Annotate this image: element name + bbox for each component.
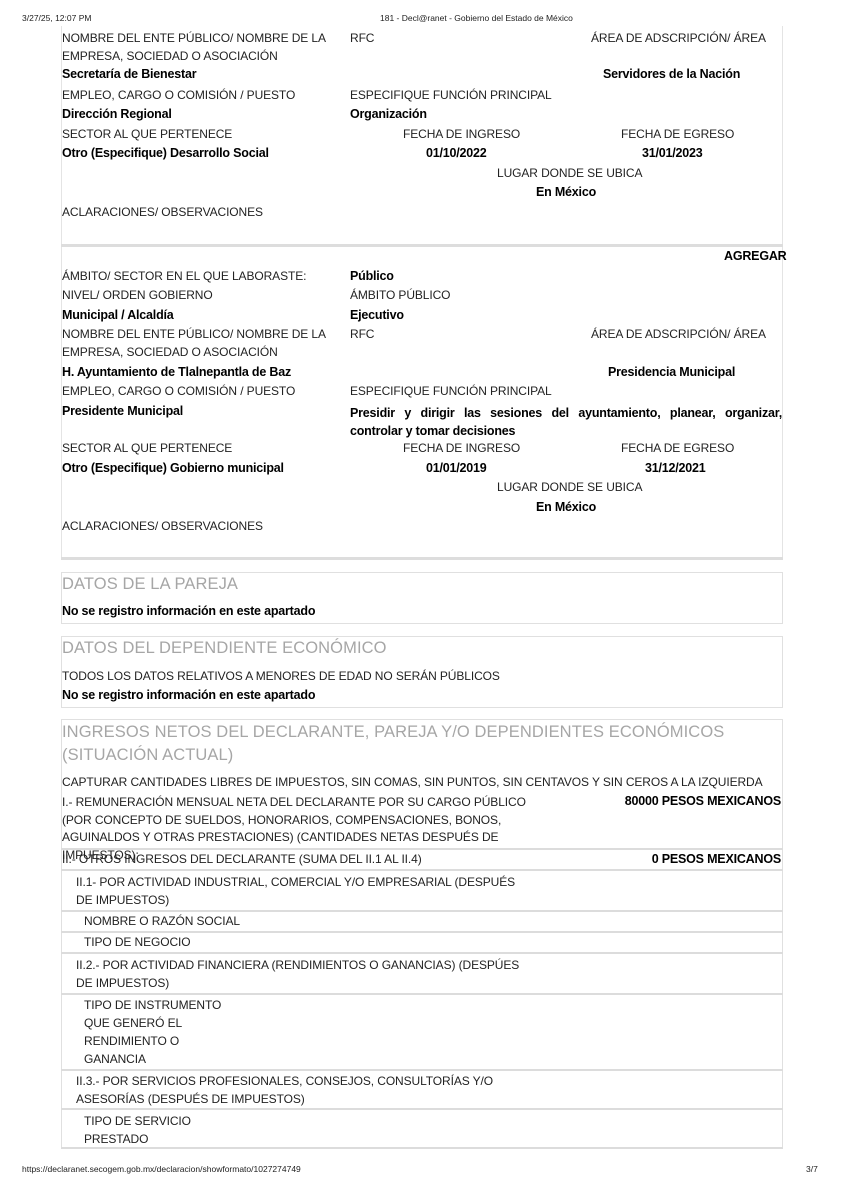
pareja-title: DATOS DE LA PAREJA [62,575,238,594]
ii3-tipo-label: TIPO DE SERVICIO PRESTADO [84,1112,214,1148]
ingreso-label: FECHA DE INGRESO [403,441,520,455]
row-divider [61,1069,783,1071]
ingreso-value: 01/10/2022 [426,146,487,160]
sector-label: SECTOR AL QUE PERTENECE [62,127,232,141]
dependiente-notice: TODOS LOS DATOS RELATIVOS A MENORES DE E… [62,669,500,683]
ambito-publico-value: Ejecutivo [350,308,404,322]
row-divider [61,1108,783,1110]
nivel-label: NIVEL/ ORDEN GOBIERNO [62,288,213,302]
egreso-label: FECHA DE EGRESO [621,441,734,455]
lugar-label: LUGAR DONDE SE UBICA [497,480,642,494]
row-divider [61,910,783,912]
row-divider [61,931,783,933]
row-divider [61,869,783,871]
ambito-publico-label: ÁMBITO PÚBLICO [350,288,450,302]
funcion-label: ESPECIFIQUE FUNCIÓN PRINCIPAL [350,384,552,398]
ente-label-line2: EMPRESA, SOCIEDAD O ASOCIACIÓN [62,345,278,359]
ingreso-label: FECHA DE INGRESO [403,127,520,141]
ii2-tipo-label: TIPO DE INSTRUMENTO QUE GENERÓ EL RENDIM… [84,996,224,1068]
otros-ingresos-label: II.- OTROS INGRESOS DEL DECLARANTE (SUMA… [62,852,422,866]
ii1-label: II.1- POR ACTIVIDAD INDUSTRIAL, COMERCIA… [76,874,526,909]
egreso-value: 31/01/2023 [642,146,703,160]
print-url: https://declaranet.secogem.gob.mx/declar… [22,1164,301,1174]
row-divider [61,993,783,995]
ingresos-title: INGRESOS NETOS DEL DECLARANTE, PAREJA Y/… [62,721,762,767]
ente-label-line2: EMPRESA, SOCIEDAD O ASOCIACIÓN [62,49,278,63]
lugar-value: En México [536,500,596,514]
experience-divider [61,557,783,560]
row-divider [61,1147,783,1149]
ingreso-value: 01/01/2019 [426,461,487,475]
ente-label: NOMBRE DEL ENTE PÚBLICO/ NOMBRE DE LA [62,327,326,341]
row-divider [61,952,783,954]
rfc-label: RFC [350,31,374,45]
ingresos-instructions: CAPTURAR CANTIDADES LIBRES DE IMPUESTOS,… [62,775,763,789]
nivel-value: Municipal / Alcaldía [62,308,174,322]
egreso-value: 31/12/2021 [645,461,706,475]
aclaraciones-label: ACLARACIONES/ OBSERVACIONES [62,205,263,219]
area-label: ÁREA DE ADSCRIPCIÓN/ ÁREA [591,31,766,45]
empleo-label: EMPLEO, CARGO O COMISIÓN / PUESTO [62,88,295,102]
print-datetime: 3/27/25, 12:07 PM [22,13,91,23]
area-label: ÁREA DE ADSCRIPCIÓN/ ÁREA [591,327,766,341]
ii1-tipo-label: TIPO DE NEGOCIO [84,935,191,949]
ii2-label: II.2.- POR ACTIVIDAD FINANCIERA (RENDIMI… [76,957,536,992]
print-page-counter: 3/7 [806,1164,818,1174]
remuneracion-value: 80000 PESOS MEXICANOS [625,794,781,808]
empleo-label: EMPLEO, CARGO O COMISIÓN / PUESTO [62,384,295,398]
ente-value: Secretaría de Bienestar [62,67,196,81]
funcion-value: Organización [350,107,427,121]
print-page-title: 181 - Decl@ranet - Gobierno del Estado d… [380,13,573,23]
area-value: Presidencia Municipal [608,365,735,379]
lugar-label: LUGAR DONDE SE UBICA [497,166,642,180]
dependiente-message: No se registro información en este apart… [62,688,315,702]
row-divider [61,848,783,850]
sector-label: SECTOR AL QUE PERTENECE [62,441,232,455]
dependiente-title: DATOS DEL DEPENDIENTE ECONÓMICO [62,639,387,658]
pareja-message: No se registro información en este apart… [62,604,315,618]
funcion-label: ESPECIFIQUE FUNCIÓN PRINCIPAL [350,88,552,102]
ente-value: H. Ayuntamiento de Tlalnepantla de Baz [62,365,291,379]
ente-label: NOMBRE DEL ENTE PÚBLICO/ NOMBRE DE LA [62,31,326,45]
aclaraciones-label: ACLARACIONES/ OBSERVACIONES [62,519,263,533]
area-value: Servidores de la Nación [603,67,740,81]
ii1-nombre-label: NOMBRE O RAZÓN SOCIAL [84,914,240,928]
egreso-label: FECHA DE EGRESO [621,127,734,141]
ambito-value: Público [350,269,394,283]
otros-ingresos-value: 0 PESOS MEXICANOS [652,852,781,866]
ii3-label: II.3.- POR SERVICIOS PROFESIONALES, CONS… [76,1073,546,1108]
agregar-button[interactable]: AGREGAR [724,249,787,263]
sector-value: Otro (Especifique) Gobierno municipal [62,461,284,475]
funcion-value: Presidir y dirigir las sesiones del ayun… [350,404,782,440]
lugar-value: En México [536,185,596,199]
sector-value: Otro (Especifique) Desarrollo Social [62,146,269,160]
empleo-value: Presidente Municipal [62,404,183,418]
ambito-label: ÁMBITO/ SECTOR EN EL QUE LABORASTE: [62,269,306,283]
rfc-label: RFC [350,327,374,341]
empleo-value: Dirección Regional [62,107,172,121]
